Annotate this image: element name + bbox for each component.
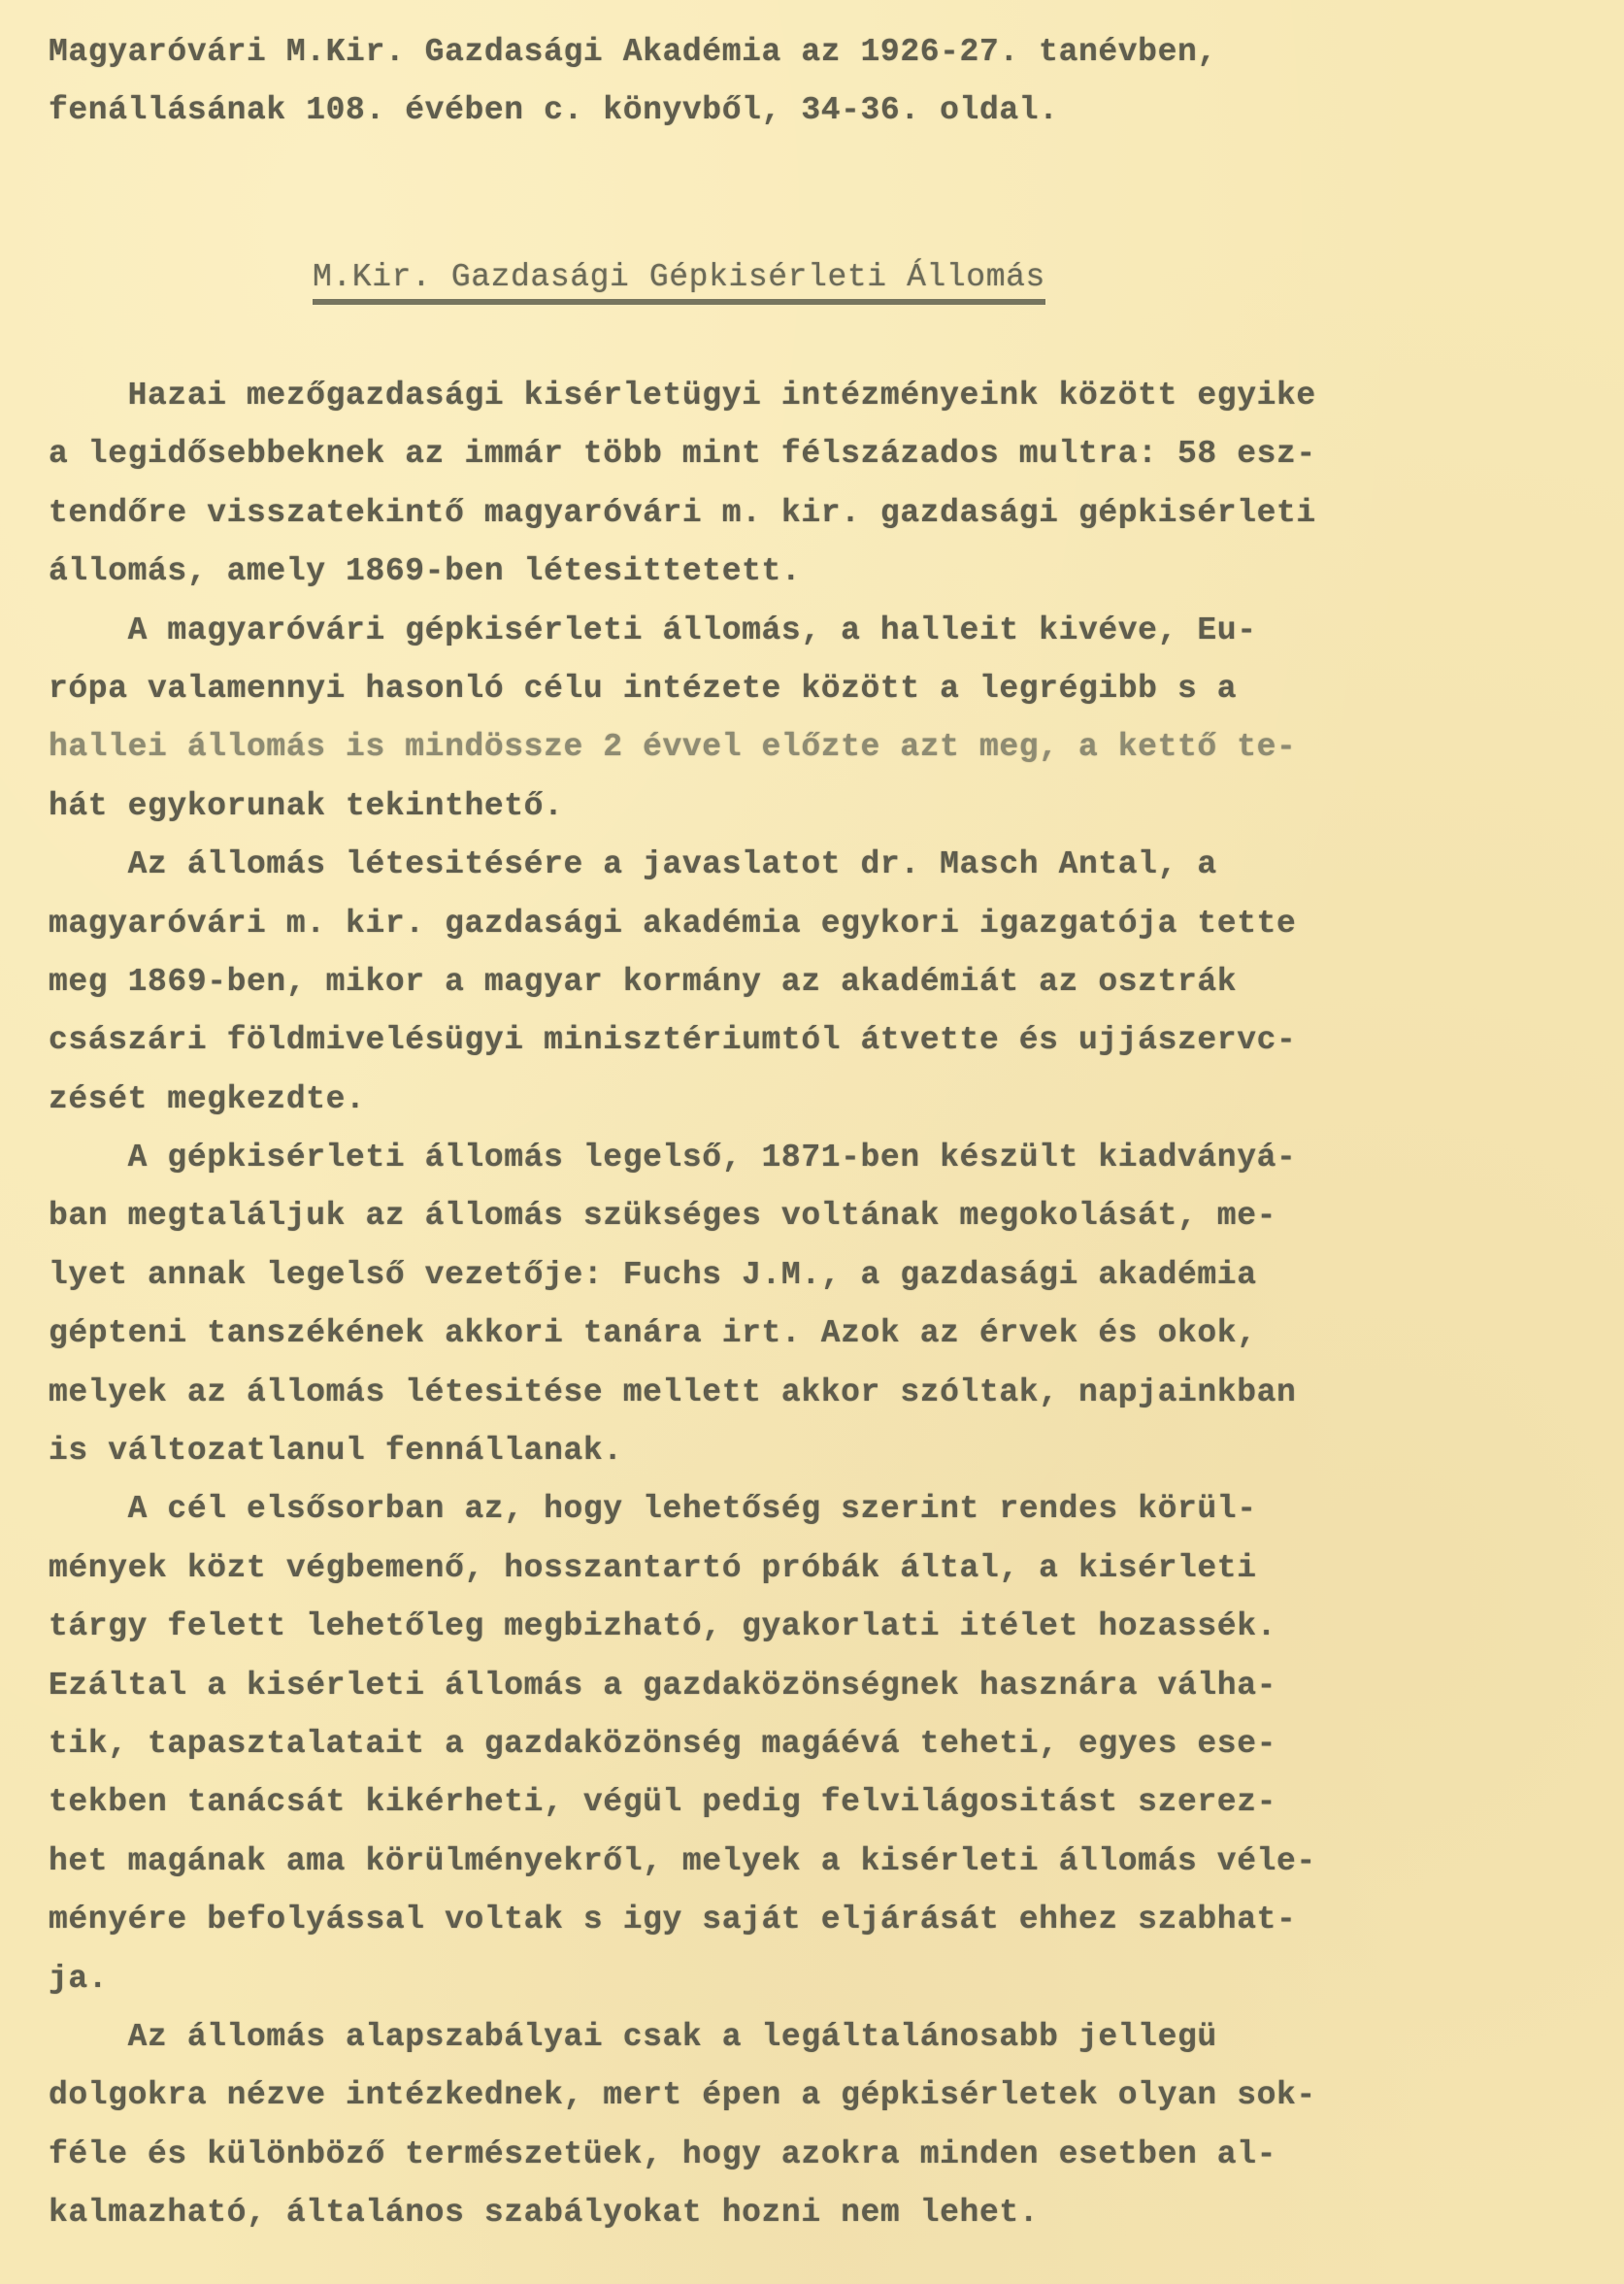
paragraph-5: A cél elsősorban az, hogy lehetőség szer…	[49, 1480, 1602, 2008]
document-heading: M.Kir. Gazdasági Gépkisérleti Állomás	[313, 260, 1045, 305]
text-line: meg 1869-ben, mikor a magyar kormány az …	[49, 953, 1602, 1011]
text-line: mények közt végbemenő, hosszantartó prób…	[49, 1539, 1602, 1598]
text-line: magyaróvári m. kir. gazdasági akadémia e…	[49, 895, 1602, 953]
paragraph-1: Hazai mezőgazdasági kisérletügyi intézmé…	[49, 367, 1602, 602]
text-line: császári földmivelésügyi minisztériumtól…	[49, 1011, 1602, 1070]
text-line: tendőre visszatekintő magyaróvári m. kir…	[49, 484, 1602, 543]
text-line: dolgokra nézve intézkednek, mert épen a …	[49, 2067, 1602, 2125]
typewritten-page: Magyaróvári M.Kir. Gazdasági Akadémia az…	[0, 0, 1624, 2284]
text-line: ban megtaláljuk az állomás szükséges vol…	[49, 1187, 1602, 1245]
text-line: kalmazható, általános szabályokat hozni …	[49, 2184, 1602, 2242]
text-line: A cél elsősorban az, hogy lehetőség szer…	[49, 1480, 1602, 1539]
text-line: melyek az állomás létesitése mellett akk…	[49, 1364, 1602, 1422]
text-line: rópa valamennyi hasonló célu intézete kö…	[49, 660, 1602, 718]
source-citation-line-2: fenállásának 108. évében c. könyvből, 34…	[49, 82, 1602, 140]
text-line: tik, tapasztalatait a gazdaközönség magá…	[49, 1715, 1602, 1773]
text-line: gépteni tanszékének akkori tanára irt. A…	[49, 1305, 1602, 1363]
text-line: Az állomás alapszabályai csak a legáltal…	[49, 2008, 1602, 2067]
text-line: tekben tanácsát kikérheti, végül pedig f…	[49, 1773, 1602, 1832]
source-citation-line-1: Magyaróvári M.Kir. Gazdasági Akadémia az…	[49, 23, 1602, 82]
paragraph-2: A magyaróvári gépkisérleti állomás, a ha…	[49, 602, 1602, 837]
text-line: hallei állomás is mindössze 2 évvel előz…	[49, 718, 1602, 777]
text-line: tárgy felett lehetőleg megbizható, gyako…	[49, 1598, 1602, 1656]
source-citation: Magyaróvári M.Kir. Gazdasági Akadémia az…	[49, 23, 1602, 141]
paragraph-3: Az állomás létesitésére a javaslatot dr.…	[49, 836, 1602, 1129]
text-line: lyet annak legelső vezetője: Fuchs J.M.,…	[49, 1246, 1602, 1305]
text-line: ja.	[49, 1950, 1602, 2008]
text-line: a legidősebbeknek az immár több mint fél…	[49, 425, 1602, 483]
text-line: féle és különböző természetüek, hogy azo…	[49, 2126, 1602, 2184]
text-line: zését megkezdte.	[49, 1071, 1602, 1129]
text-line: A magyaróvári gépkisérleti állomás, a ha…	[49, 602, 1602, 660]
text-line: is változatlanul fennállanak.	[49, 1422, 1602, 1480]
text-line: Ezáltal a kisérleti állomás a gazdaközön…	[49, 1657, 1602, 1715]
text-line: A gépkisérleti állomás legelső, 1871-ben…	[49, 1129, 1602, 1187]
text-line: het magának ama körülményekről, melyek a…	[49, 1833, 1602, 1891]
text-line: állomás, amely 1869-ben létesittetett.	[49, 543, 1602, 601]
text-line: hát egykorunak tekinthető.	[49, 778, 1602, 836]
document-body: Hazai mezőgazdasági kisérletügyi intézmé…	[49, 367, 1602, 2243]
text-line: Az állomás létesitésére a javaslatot dr.…	[49, 836, 1602, 894]
paragraph-6: Az állomás alapszabályai csak a legáltal…	[49, 2008, 1602, 2243]
text-line: ményére befolyással voltak s igy saját e…	[49, 1891, 1602, 1949]
text-line: Hazai mezőgazdasági kisérletügyi intézmé…	[49, 367, 1602, 425]
paragraph-4: A gépkisérleti állomás legelső, 1871-ben…	[49, 1129, 1602, 1480]
